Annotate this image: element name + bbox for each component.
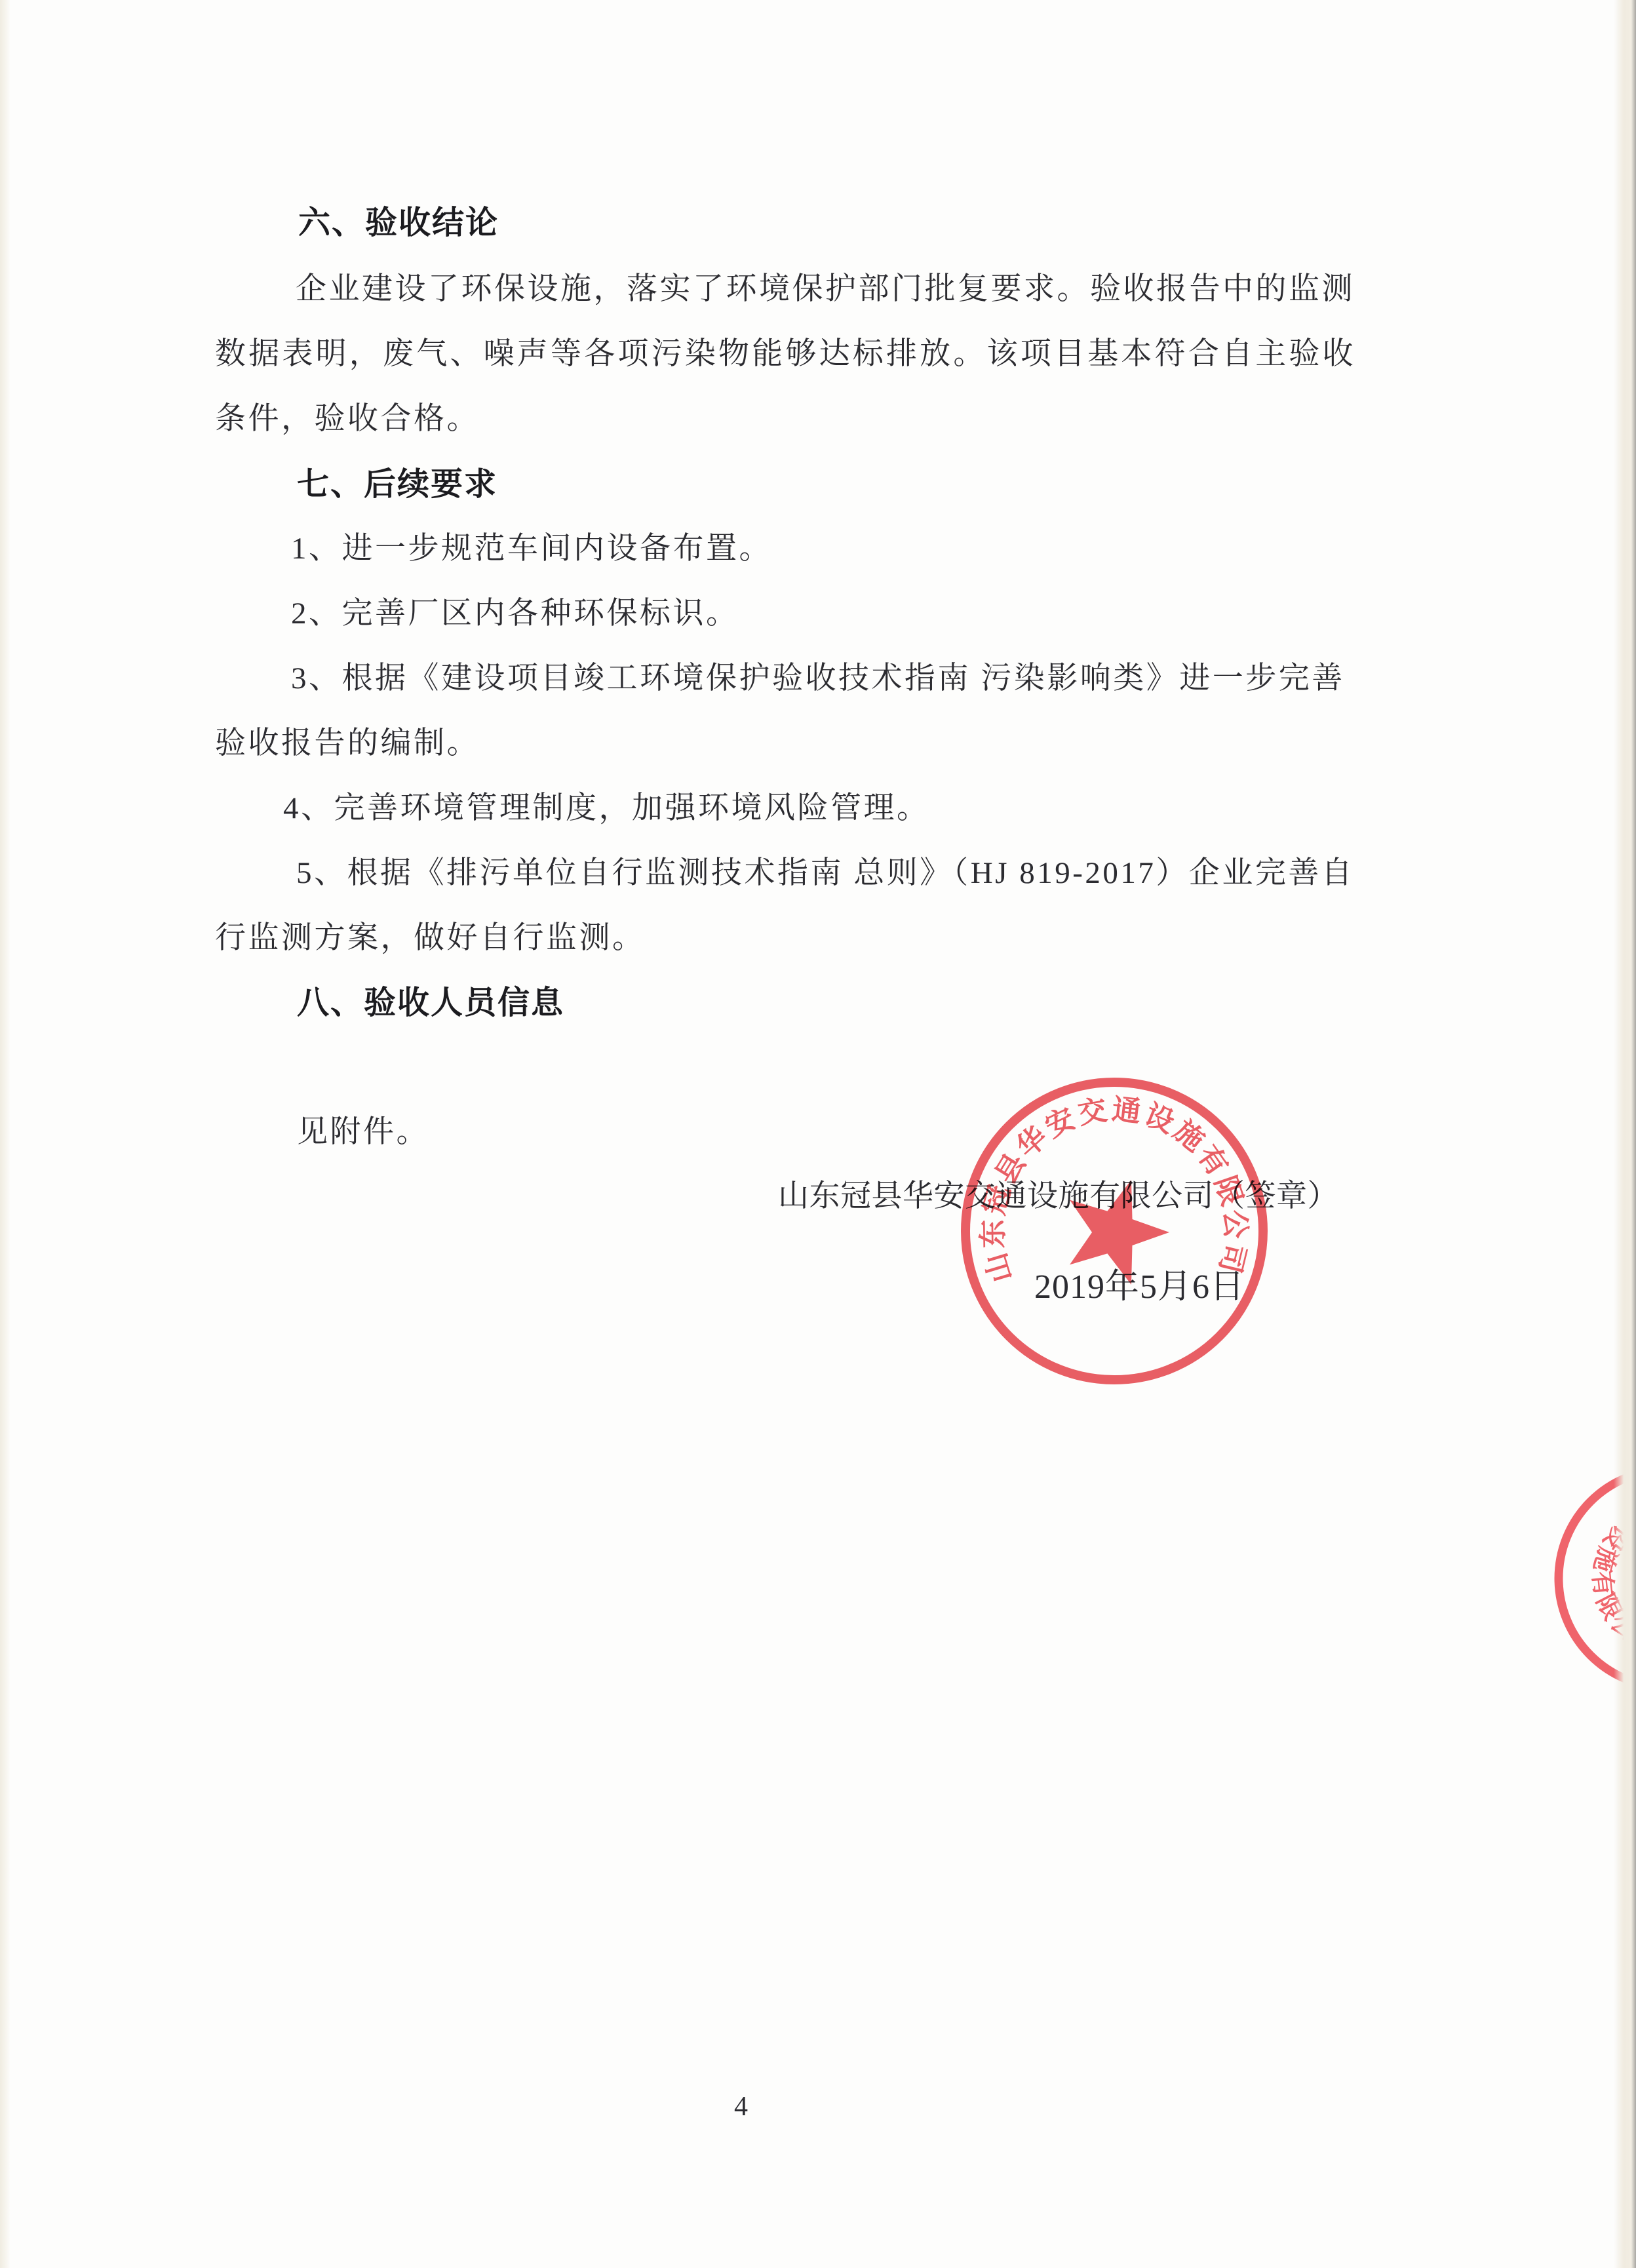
company-seal-stamp: 山东冠县华安交通设施有限公司 xyxy=(950,1067,1278,1395)
followup-item-3-line-1: 3、根据《建设项目竣工环境保护验收技术指南 污染影响类》进一步完善 xyxy=(291,662,1345,695)
attachment-note: 见附件。 xyxy=(297,1116,429,1149)
scan-edge-right xyxy=(1614,0,1636,2268)
followup-item-1: 1、进一步规范车间内设备布置。 xyxy=(291,532,772,566)
conclusion-line-2: 数据表明，废气、噪声等各项污染物能够达标排放。该项目基本符合自主验收 xyxy=(215,338,1356,371)
conclusion-line-1: 企业建设了环保设施，落实了环境保护部门批复要求。验收报告中的监测 xyxy=(296,273,1355,306)
followup-item-5-line-2: 行监测方案，做好自行监测。 xyxy=(215,922,646,955)
followup-item-3-line-2: 验收报告的编制。 xyxy=(215,727,480,760)
star-icon xyxy=(1051,1163,1181,1291)
scanned-document-page: 六、验收结论 企业建设了环保设施，落实了环境保护部门批复要求。验收报告中的监测 … xyxy=(0,0,1636,2268)
scan-edge-left xyxy=(0,0,10,2268)
heading-conclusion: 六、验收结论 xyxy=(298,206,499,241)
followup-item-4: 4、完善环境管理制度，加强环境风险管理。 xyxy=(283,792,930,825)
followup-item-5-line-1: 5、根据《排污单位自行监测技术指南 总则》（HJ 819-2017）企业完善自 xyxy=(296,857,1354,890)
heading-personnel: 八、验收人员信息 xyxy=(297,986,564,1021)
followup-item-2: 2、完善厂区内各种环保标识。 xyxy=(291,597,739,631)
conclusion-line-3: 条件，验收合格。 xyxy=(215,402,480,436)
heading-followup: 七、后续要求 xyxy=(297,467,497,502)
page-number: 4 xyxy=(734,2092,748,2122)
